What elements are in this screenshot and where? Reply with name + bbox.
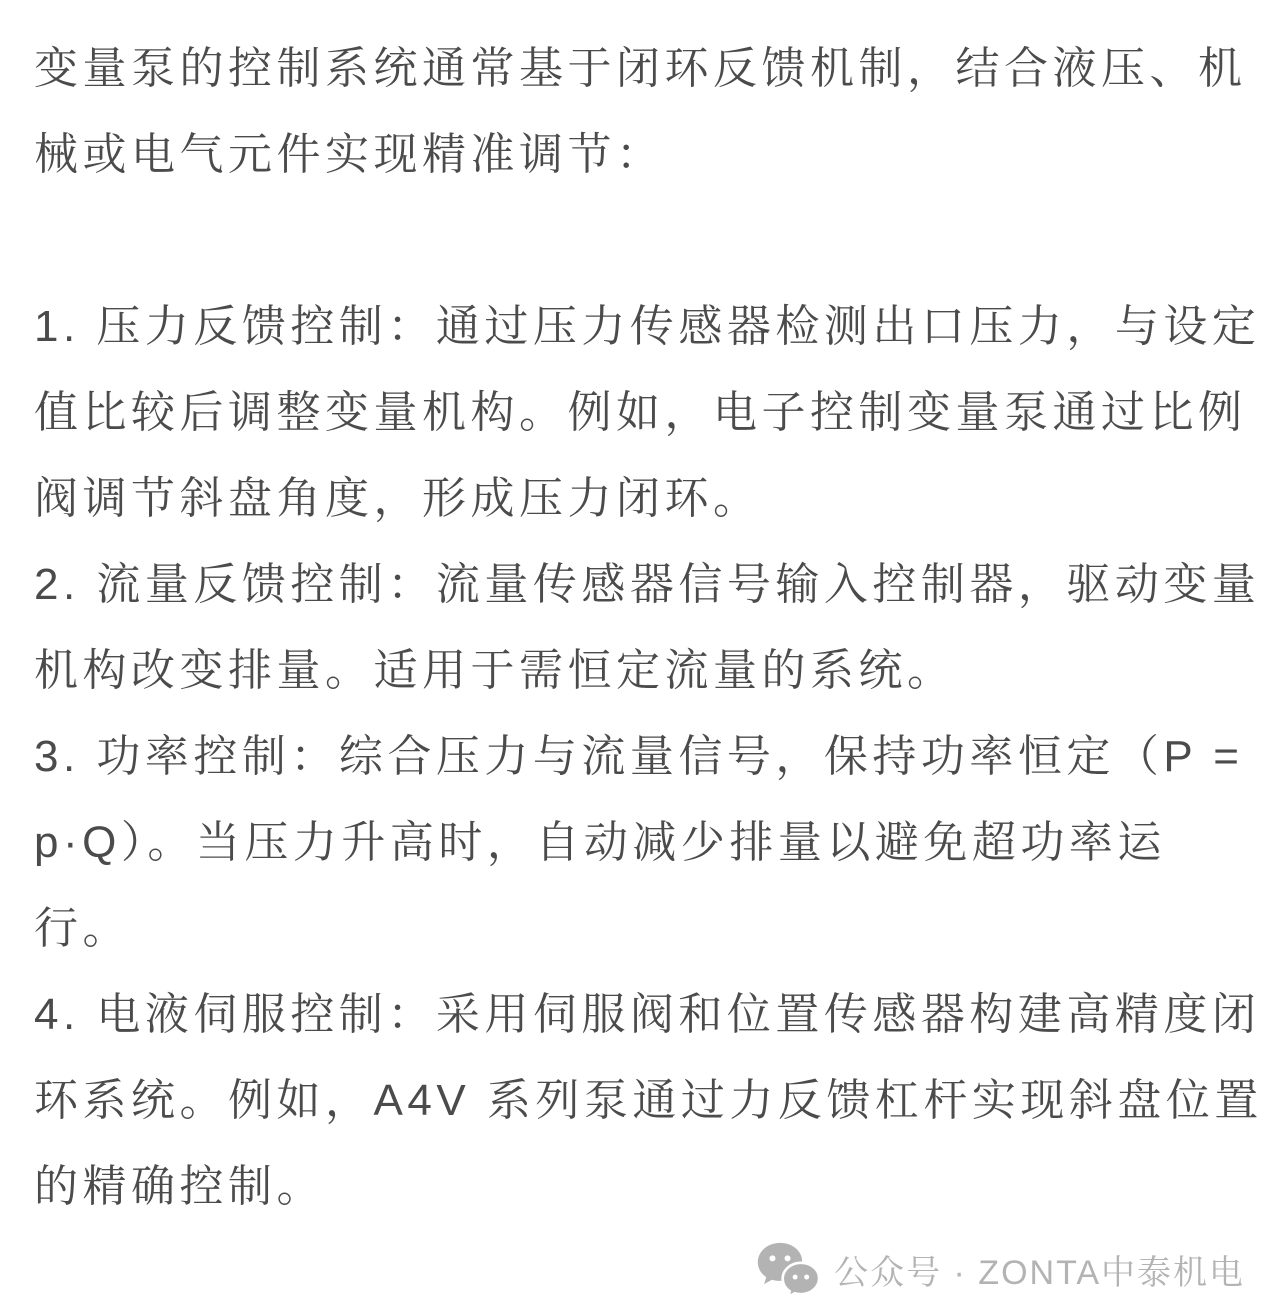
watermark-text: 公众号 · ZONTA中泰机电 xyxy=(834,1245,1245,1294)
item-power-control: 3. 功率控制：综合压力与流量信号，保持功率恒定（P = p·Q）。当压力升高时… xyxy=(34,714,1252,972)
text-line: 值比较后调整变量机构。例如，电子控制变量泵通过比例 xyxy=(34,370,1252,456)
item-electrohydraulic-servo-control: 4. 电液伺服控制：采用伺服阀和位置传感器构建高精度闭 环系统。例如，A4V 系… xyxy=(34,972,1252,1230)
wechat-watermark: 公众号 · ZONTA中泰机电 xyxy=(756,1238,1245,1300)
article-body: 变量泵的控制系统通常基于闭环反馈机制，结合液压、机 械或电气元件实现精准调节： … xyxy=(0,0,1280,1230)
intro-line: 变量泵的控制系统通常基于闭环反馈机制，结合液压、机 xyxy=(34,26,1252,112)
text-line: 1. 压力反馈控制：通过压力传感器检测出口压力，与设定 xyxy=(34,284,1252,370)
text-line: 3. 功率控制：综合压力与流量信号，保持功率恒定（P = xyxy=(34,714,1252,800)
text-line: 4. 电液伺服控制：采用伺服阀和位置传感器构建高精度闭 xyxy=(34,972,1252,1058)
paragraph-spacer xyxy=(34,198,1252,284)
text-line: 机构改变排量。适用于需恒定流量的系统。 xyxy=(34,628,1252,714)
item-pressure-feedback-control: 1. 压力反馈控制：通过压力传感器检测出口压力，与设定 值比较后调整变量机构。例… xyxy=(34,284,1252,542)
article-page: 变量泵的控制系统通常基于闭环反馈机制，结合液压、机 械或电气元件实现精准调节： … xyxy=(0,0,1280,1313)
text-line: 2. 流量反馈控制：流量传感器信号输入控制器，驱动变量 xyxy=(34,542,1252,628)
text-line: 环系统。例如，A4V 系列泵通过力反馈杠杆实现斜盘位置 xyxy=(34,1058,1252,1144)
item-flow-feedback-control: 2. 流量反馈控制：流量传感器信号输入控制器，驱动变量 机构改变排量。适用于需恒… xyxy=(34,542,1252,714)
text-line: 阀调节斜盘角度，形成压力闭环。 xyxy=(34,456,1252,542)
text-line: p·Q）。当压力升高时，自动减少排量以避免超功率运 xyxy=(34,800,1252,886)
intro-line: 械或电气元件实现精准调节： xyxy=(34,112,1252,198)
text-line: 行。 xyxy=(34,886,1252,972)
intro-paragraph: 变量泵的控制系统通常基于闭环反馈机制，结合液压、机 械或电气元件实现精准调节： xyxy=(34,26,1252,198)
wechat-icon xyxy=(756,1241,820,1298)
text-line: 的精确控制。 xyxy=(34,1144,1252,1230)
